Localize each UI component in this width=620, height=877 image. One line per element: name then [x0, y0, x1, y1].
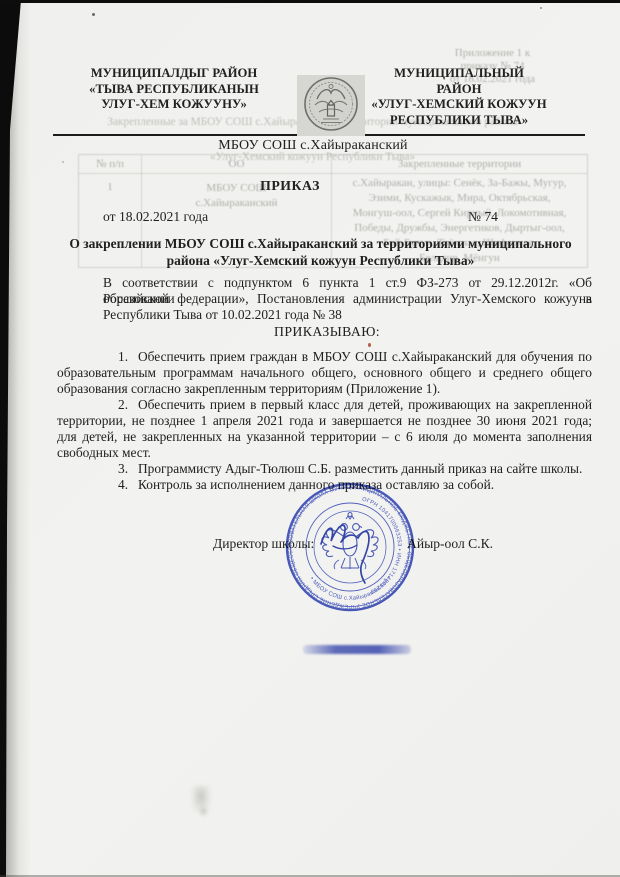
dust-speck: [62, 161, 64, 163]
order-item-2: 2.Обеспечить прием в первый класс для де…: [57, 397, 592, 413]
issuer-name-russian: МУНИЦИПАЛЬНЫЙ РАЙОН «УЛУГ-ХЕМСКИЙ КОЖУУН…: [371, 66, 547, 128]
order-date: от 18.02.2021 года: [103, 209, 208, 225]
official-round-stamp-icon: МУНИЦИПАЛЬНОЕ БЮДЖЕТНОЕ ОБЩЕОБРАЗОВАТЕЛЬ…: [275, 472, 425, 622]
document-type-heading: ПРИКАЗ: [230, 178, 350, 194]
issuer-name-tuvan: МУНИЦИПАЛДЫГ РАЙОН «ТЫВА РЕСПУБЛИКАНЫН У…: [82, 66, 266, 113]
stamp-ink-smear: [303, 645, 411, 654]
order-number: № 74: [468, 209, 498, 225]
paper-smudge: [199, 806, 208, 817]
scan-border-top: [0, 0, 620, 3]
resolve-word: ПРИКАЗЫВАЮ:: [57, 324, 597, 340]
ink-speck: [368, 343, 371, 347]
dust-speck: [540, 7, 542, 9]
order-document: МУНИЦИПАЛДЫГ РАЙОН «ТЫВА РЕСПУБЛИКАНЫН У…: [0, 0, 620, 877]
order-item-1: 1.Обеспечить прием граждан в МБОУ СОШ с.…: [57, 349, 592, 365]
scanned-order-page: Приложение 1 к приказу № 74 от 18.02.202…: [0, 0, 620, 877]
school-emblem-icon: [297, 75, 365, 136]
handwritten-signature-icon: [321, 525, 369, 583]
order-preamble: В соответствии с подпунктом 6 пункта 1 с…: [103, 275, 592, 323]
school-name: МБОУ СОШ с.Хайыраканский: [53, 138, 573, 154]
order-title: О закреплении МБОУ СОШ с.Хайыраканский з…: [57, 236, 584, 269]
dust-speck: [92, 13, 95, 16]
